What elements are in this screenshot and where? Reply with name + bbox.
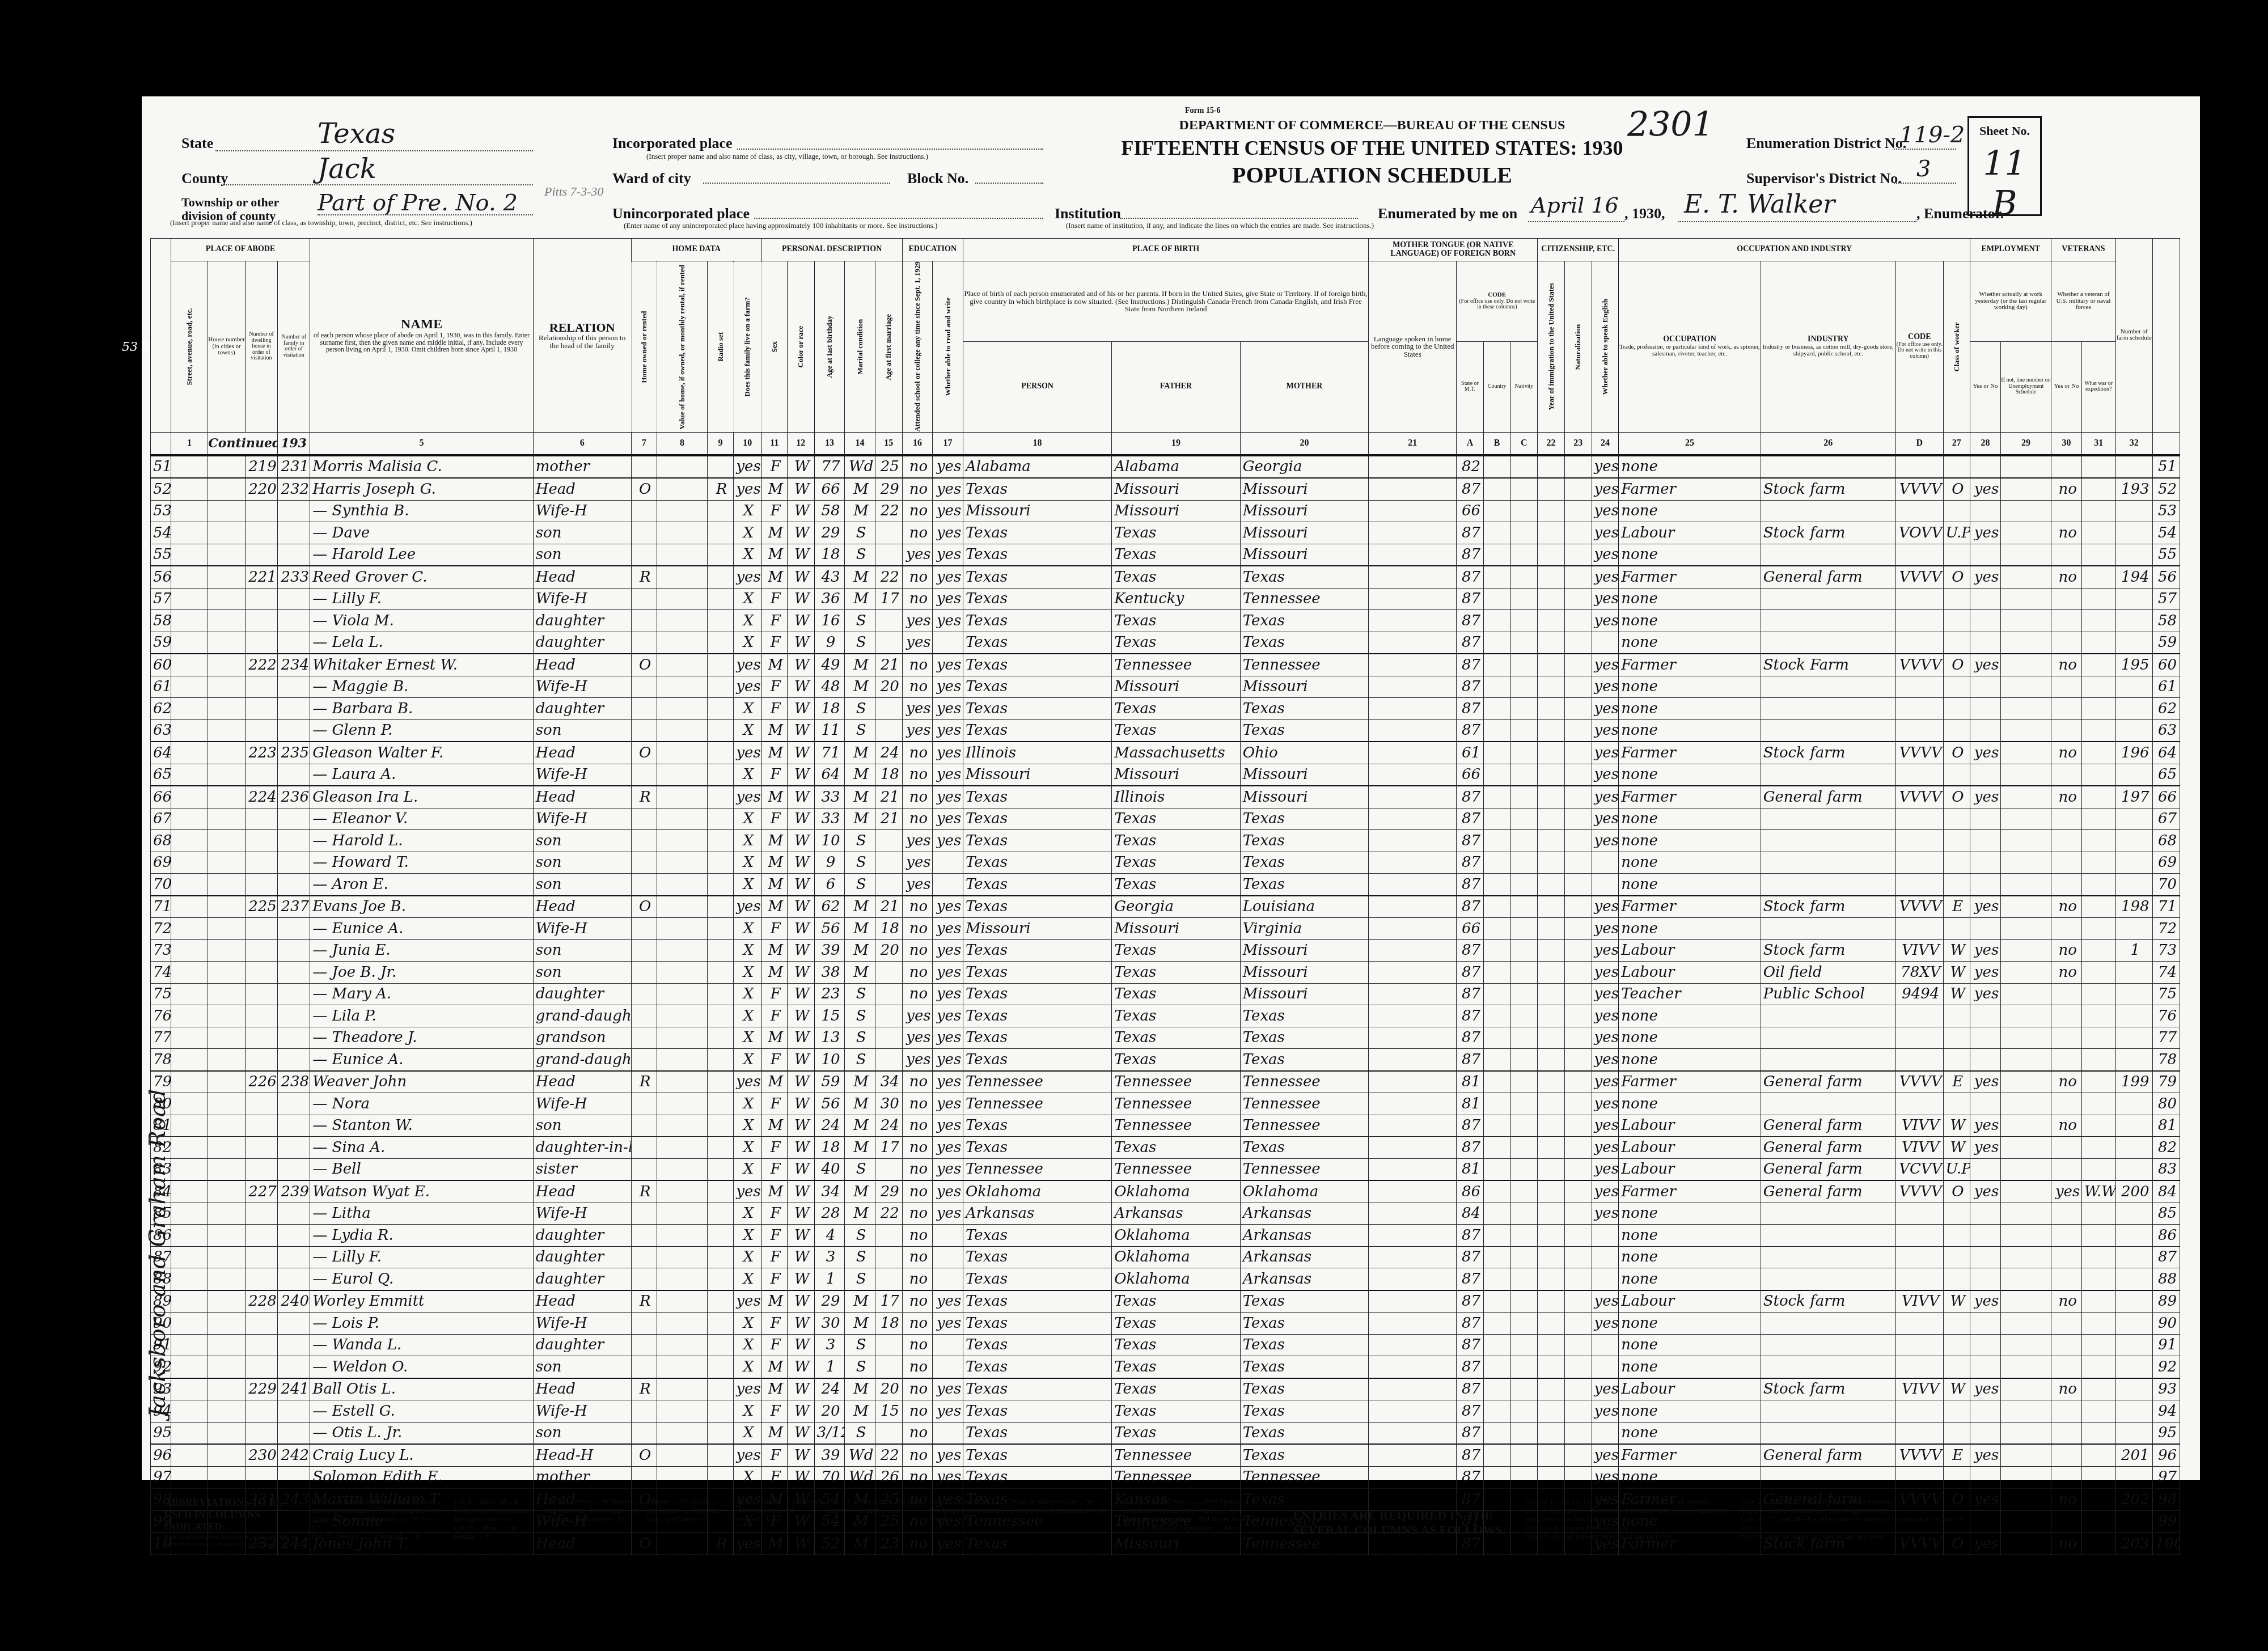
family-cell[interactable] [278, 500, 310, 522]
street-cell[interactable] [171, 1005, 208, 1027]
occupation-cell[interactable]: none [1619, 1225, 1761, 1247]
family-cell[interactable] [278, 1356, 310, 1378]
read-write-cell[interactable]: yes [933, 1027, 963, 1049]
dwelling-cell[interactable] [245, 522, 277, 544]
code-c-cell[interactable] [1510, 1115, 1538, 1137]
code-b-cell[interactable] [1483, 764, 1510, 786]
school-cell[interactable]: yes [902, 830, 933, 852]
sex-cell[interactable]: M [761, 544, 787, 566]
school-cell[interactable]: yes [902, 719, 933, 742]
family-cell[interactable] [278, 1093, 310, 1115]
dwelling-cell[interactable] [245, 1246, 277, 1268]
code-b-cell[interactable] [1483, 455, 1510, 479]
race-cell[interactable]: W [787, 764, 814, 786]
name-cell[interactable]: — Lilly F. [310, 1246, 533, 1268]
birthplace-person-cell[interactable]: Texas [963, 1137, 1111, 1159]
war-cell[interactable] [2081, 1115, 2115, 1137]
marital-cell[interactable]: Wd [845, 1466, 875, 1488]
farm-cell[interactable]: X [733, 1356, 761, 1378]
class-worker-cell[interactable] [1943, 1400, 1970, 1423]
farm-schedule-cell[interactable] [2115, 1137, 2153, 1159]
naturalization-cell[interactable] [1564, 1444, 1592, 1466]
home-value-cell[interactable] [657, 1422, 707, 1444]
home-owned-cell[interactable] [631, 1137, 657, 1159]
immigration-cell[interactable] [1538, 654, 1565, 676]
family-cell[interactable]: 234 [278, 654, 310, 676]
dwelling-cell[interactable] [245, 1049, 277, 1071]
code-c-cell[interactable] [1510, 983, 1538, 1005]
unemployment-line-cell[interactable] [2000, 1203, 2051, 1225]
race-cell[interactable]: W [787, 632, 814, 654]
race-cell[interactable]: W [787, 983, 814, 1005]
school-cell[interactable]: no [902, 1290, 933, 1313]
birthplace-mother-cell[interactable]: Virginia [1240, 918, 1369, 940]
veteran-cell[interactable] [2051, 1334, 2082, 1356]
birthplace-mother-cell[interactable]: Texas [1240, 830, 1369, 852]
class-worker-cell[interactable]: E [1943, 896, 1970, 918]
street-cell[interactable] [171, 962, 208, 984]
code-c-cell[interactable] [1510, 1158, 1538, 1180]
age-cell[interactable]: 3 [814, 1246, 845, 1268]
class-worker-cell[interactable] [1943, 1246, 1970, 1268]
street-cell[interactable] [171, 808, 208, 830]
house-number-cell[interactable] [208, 1203, 246, 1225]
family-cell[interactable] [278, 1466, 310, 1488]
street-cell[interactable] [171, 588, 208, 610]
home-owned-cell[interactable] [631, 983, 657, 1005]
occupation-cell[interactable]: Labour [1619, 1115, 1761, 1137]
age-cell[interactable]: 56 [814, 1093, 845, 1115]
line-number-left[interactable]: 95 [151, 1422, 171, 1444]
language-cell[interactable] [1369, 632, 1457, 654]
industry-cell[interactable] [1761, 698, 1895, 720]
code-c-cell[interactable] [1510, 1180, 1538, 1203]
line-number-right[interactable]: 71 [2153, 896, 2180, 918]
speak-english-cell[interactable]: yes [1592, 500, 1619, 522]
home-value-cell[interactable] [657, 764, 707, 786]
birthplace-person-cell[interactable]: Texas [963, 1378, 1111, 1400]
line-number-right[interactable]: 88 [2153, 1268, 2180, 1290]
code-c-cell[interactable] [1510, 874, 1538, 896]
industry-cell[interactable] [1761, 610, 1895, 632]
dwelling-cell[interactable] [245, 1422, 277, 1444]
war-cell[interactable] [2081, 1027, 2115, 1049]
naturalization-cell[interactable] [1564, 654, 1592, 676]
immigration-cell[interactable] [1538, 1313, 1565, 1335]
read-write-cell[interactable]: yes [933, 786, 963, 808]
code-d-cell[interactable]: 9494 [1896, 983, 1943, 1005]
race-cell[interactable]: W [787, 830, 814, 852]
school-cell[interactable]: no [902, 983, 933, 1005]
speak-english-cell[interactable]: yes [1592, 1180, 1619, 1203]
race-cell[interactable]: W [787, 1115, 814, 1137]
farm-schedule-cell[interactable] [2115, 874, 2153, 896]
class-worker-cell[interactable] [1943, 676, 1970, 698]
marital-cell[interactable]: M [845, 1203, 875, 1225]
farm-cell[interactable]: yes [733, 566, 761, 588]
immigration-cell[interactable] [1538, 455, 1565, 479]
marital-cell[interactable]: M [845, 786, 875, 808]
occupation-cell[interactable]: none [1619, 852, 1761, 874]
industry-cell[interactable] [1761, 918, 1895, 940]
code-c-cell[interactable] [1510, 1313, 1538, 1335]
school-cell[interactable]: no [902, 1334, 933, 1356]
speak-english-cell[interactable] [1592, 1246, 1619, 1268]
birthplace-mother-cell[interactable]: Texas [1240, 1400, 1369, 1423]
school-cell[interactable]: no [902, 1093, 933, 1115]
birthplace-mother-cell[interactable]: Arkansas [1240, 1268, 1369, 1290]
code-c-cell[interactable] [1510, 896, 1538, 918]
age-cell[interactable]: 71 [814, 742, 845, 764]
birthplace-person-cell[interactable]: Texas [963, 830, 1111, 852]
birthplace-person-cell[interactable]: Texas [963, 874, 1111, 896]
home-owned-cell[interactable] [631, 1313, 657, 1335]
farm-cell[interactable]: X [733, 830, 761, 852]
house-number-cell[interactable] [208, 918, 246, 940]
veteran-cell[interactable] [2051, 1005, 2082, 1027]
occupation-cell[interactable]: none [1619, 719, 1761, 742]
code-a-cell[interactable]: 87 [1457, 1049, 1484, 1071]
family-cell[interactable] [278, 918, 310, 940]
dwelling-cell[interactable] [245, 719, 277, 742]
birthplace-mother-cell[interactable]: Texas [1240, 852, 1369, 874]
home-value-cell[interactable] [657, 1225, 707, 1247]
birthplace-person-cell[interactable]: Arkansas [963, 1203, 1111, 1225]
age-cell[interactable]: 29 [814, 1290, 845, 1313]
street-cell[interactable] [171, 742, 208, 764]
speak-english-cell[interactable]: yes [1592, 1378, 1619, 1400]
name-cell[interactable]: — Synthia B. [310, 500, 533, 522]
veteran-cell[interactable] [2051, 544, 2082, 566]
birthplace-mother-cell[interactable]: Tennessee [1240, 1093, 1369, 1115]
language-cell[interactable] [1369, 1268, 1457, 1290]
unemployment-line-cell[interactable] [2000, 852, 2051, 874]
naturalization-cell[interactable] [1564, 874, 1592, 896]
code-a-cell[interactable]: 87 [1457, 1356, 1484, 1378]
industry-cell[interactable]: General farm [1761, 1180, 1895, 1203]
veteran-cell[interactable] [2051, 1444, 2082, 1466]
unemployment-line-cell[interactable] [2000, 610, 2051, 632]
relation-cell[interactable]: Head [533, 1378, 631, 1400]
marital-cell[interactable]: M [845, 676, 875, 698]
occupation-cell[interactable]: none [1619, 500, 1761, 522]
home-owned-cell[interactable] [631, 918, 657, 940]
birthplace-person-cell[interactable]: Texas [963, 610, 1111, 632]
war-cell[interactable] [2081, 1005, 2115, 1027]
at-work-cell[interactable] [1970, 719, 2001, 742]
code-c-cell[interactable] [1510, 1378, 1538, 1400]
dwelling-cell[interactable]: 226 [245, 1071, 277, 1093]
speak-english-cell[interactable]: yes [1592, 588, 1619, 610]
code-a-cell[interactable]: 87 [1457, 1027, 1484, 1049]
veteran-cell[interactable]: yes [2051, 1180, 2082, 1203]
language-cell[interactable] [1369, 566, 1457, 588]
home-owned-cell[interactable]: R [631, 1180, 657, 1203]
language-cell[interactable] [1369, 1158, 1457, 1180]
code-a-cell[interactable]: 81 [1457, 1093, 1484, 1115]
school-cell[interactable]: no [902, 1246, 933, 1268]
line-number-left[interactable]: 74 [151, 962, 171, 984]
farm-cell[interactable]: yes [733, 654, 761, 676]
naturalization-cell[interactable] [1564, 500, 1592, 522]
race-cell[interactable]: W [787, 1378, 814, 1400]
farm-schedule-cell[interactable] [2115, 1466, 2153, 1488]
school-cell[interactable]: no [902, 654, 933, 676]
speak-english-cell[interactable] [1592, 1422, 1619, 1444]
house-number-cell[interactable] [208, 566, 246, 588]
read-write-cell[interactable]: yes [933, 939, 963, 962]
street-cell[interactable] [171, 1093, 208, 1115]
age-cell[interactable]: 77 [814, 455, 845, 479]
code-c-cell[interactable] [1510, 588, 1538, 610]
occupation-cell[interactable]: Farmer [1619, 896, 1761, 918]
class-worker-cell[interactable]: U.P. [1943, 522, 1970, 544]
sex-cell[interactable]: F [761, 1137, 787, 1159]
at-work-cell[interactable] [1970, 808, 2001, 830]
war-cell[interactable] [2081, 1268, 2115, 1290]
sex-cell[interactable]: F [761, 1049, 787, 1071]
veteran-cell[interactable]: no [2051, 786, 2082, 808]
dwelling-cell[interactable] [245, 1334, 277, 1356]
line-number-left[interactable]: 82 [151, 1137, 171, 1159]
code-b-cell[interactable] [1483, 522, 1510, 544]
birthplace-mother-cell[interactable]: Texas [1240, 719, 1369, 742]
relation-cell[interactable]: Head [533, 1180, 631, 1203]
age-marriage-cell[interactable]: 24 [875, 1115, 902, 1137]
code-b-cell[interactable] [1483, 1313, 1510, 1335]
code-a-cell[interactable]: 87 [1457, 1400, 1484, 1423]
speak-english-cell[interactable]: yes [1592, 1115, 1619, 1137]
at-work-cell[interactable] [1970, 698, 2001, 720]
birthplace-person-cell[interactable]: Texas [963, 786, 1111, 808]
farm-schedule-cell[interactable] [2115, 1225, 2153, 1247]
language-cell[interactable] [1369, 918, 1457, 940]
marital-cell[interactable]: S [845, 852, 875, 874]
at-work-cell[interactable]: yes [1970, 1378, 2001, 1400]
family-cell[interactable]: 240 [278, 1290, 310, 1313]
family-cell[interactable] [278, 1400, 310, 1423]
school-cell[interactable]: no [902, 1466, 933, 1488]
read-write-cell[interactable] [933, 1356, 963, 1378]
school-cell[interactable]: no [902, 588, 933, 610]
read-write-cell[interactable] [933, 874, 963, 896]
birthplace-father-cell[interactable]: Tennessee [1112, 1158, 1241, 1180]
age-cell[interactable]: 33 [814, 786, 845, 808]
age-marriage-cell[interactable]: 18 [875, 764, 902, 786]
read-write-cell[interactable]: yes [933, 1444, 963, 1466]
age-marriage-cell[interactable]: 25 [875, 455, 902, 479]
sex-cell[interactable]: M [761, 566, 787, 588]
home-owned-cell[interactable]: O [631, 742, 657, 764]
code-c-cell[interactable] [1510, 1071, 1538, 1093]
unemployment-line-cell[interactable] [2000, 1225, 2051, 1247]
unemployment-line-cell[interactable] [2000, 719, 2051, 742]
veteran-cell[interactable] [2051, 1137, 2082, 1159]
radio-cell[interactable] [708, 896, 733, 918]
house-number-cell[interactable] [208, 1290, 246, 1313]
immigration-cell[interactable] [1538, 830, 1565, 852]
farm-cell[interactable]: yes [733, 1444, 761, 1466]
unemployment-line-cell[interactable] [2000, 1158, 2051, 1180]
naturalization-cell[interactable] [1564, 1290, 1592, 1313]
age-cell[interactable]: 66 [814, 478, 845, 500]
dwelling-cell[interactable] [245, 698, 277, 720]
street-cell[interactable] [171, 1334, 208, 1356]
line-number-left[interactable]: 79 [151, 1071, 171, 1093]
at-work-cell[interactable] [1970, 1225, 2001, 1247]
farm-schedule-cell[interactable] [2115, 1093, 2153, 1115]
birthplace-person-cell[interactable]: Texas [963, 962, 1111, 984]
sex-cell[interactable]: F [761, 1246, 787, 1268]
name-cell[interactable]: — Sina A. [310, 1137, 533, 1159]
at-work-cell[interactable] [1970, 1049, 2001, 1071]
sex-cell[interactable]: F [761, 1400, 787, 1423]
age-marriage-cell[interactable] [875, 830, 902, 852]
street-cell[interactable] [171, 1180, 208, 1203]
line-number-right[interactable]: 63 [2153, 719, 2180, 742]
veteran-cell[interactable] [2051, 500, 2082, 522]
line-number-left[interactable]: 67 [151, 808, 171, 830]
code-b-cell[interactable] [1483, 698, 1510, 720]
line-number-left[interactable]: 87 [151, 1246, 171, 1268]
birthplace-person-cell[interactable]: Texas [963, 1246, 1111, 1268]
school-cell[interactable]: no [902, 500, 933, 522]
sex-cell[interactable]: F [761, 1005, 787, 1027]
code-c-cell[interactable] [1510, 676, 1538, 698]
birthplace-mother-cell[interactable]: Texas [1240, 1005, 1369, 1027]
line-number-right[interactable]: 80 [2153, 1093, 2180, 1115]
relation-cell[interactable]: Wife-H [533, 1093, 631, 1115]
marital-cell[interactable]: S [845, 544, 875, 566]
relation-cell[interactable]: daughter [533, 1225, 631, 1247]
street-cell[interactable] [171, 1378, 208, 1400]
immigration-cell[interactable] [1538, 522, 1565, 544]
unemployment-line-cell[interactable] [2000, 1334, 2051, 1356]
veteran-cell[interactable] [2051, 1225, 2082, 1247]
code-d-cell[interactable] [1896, 1225, 1943, 1247]
radio-cell[interactable] [708, 1334, 733, 1356]
home-value-cell[interactable] [657, 1400, 707, 1423]
birthplace-father-cell[interactable]: Tennessee [1112, 1071, 1241, 1093]
language-cell[interactable] [1369, 852, 1457, 874]
speak-english-cell[interactable]: yes [1592, 544, 1619, 566]
birthplace-person-cell[interactable]: Texas [963, 1356, 1111, 1378]
class-worker-cell[interactable] [1943, 830, 1970, 852]
line-number-right[interactable]: 54 [2153, 522, 2180, 544]
naturalization-cell[interactable] [1564, 852, 1592, 874]
age-marriage-cell[interactable]: 18 [875, 1313, 902, 1335]
read-write-cell[interactable] [933, 632, 963, 654]
war-cell[interactable] [2081, 566, 2115, 588]
sex-cell[interactable]: F [761, 1313, 787, 1335]
naturalization-cell[interactable] [1564, 962, 1592, 984]
speak-english-cell[interactable]: yes [1592, 676, 1619, 698]
farm-schedule-cell[interactable] [2115, 1158, 2153, 1180]
veteran-cell[interactable] [2051, 1466, 2082, 1488]
home-value-cell[interactable] [657, 719, 707, 742]
line-number-right[interactable]: 82 [2153, 1137, 2180, 1159]
read-write-cell[interactable]: yes [933, 676, 963, 698]
code-a-cell[interactable]: 87 [1457, 1115, 1484, 1137]
war-cell[interactable] [2081, 1049, 2115, 1071]
home-owned-cell[interactable] [631, 719, 657, 742]
code-d-cell[interactable]: VVVV [1896, 1071, 1943, 1093]
marital-cell[interactable]: M [845, 1093, 875, 1115]
read-write-cell[interactable] [933, 1334, 963, 1356]
immigration-cell[interactable] [1538, 1005, 1565, 1027]
speak-english-cell[interactable]: yes [1592, 719, 1619, 742]
marital-cell[interactable]: S [845, 719, 875, 742]
code-d-cell[interactable]: VVVV [1896, 742, 1943, 764]
code-c-cell[interactable] [1510, 1422, 1538, 1444]
read-write-cell[interactable] [933, 1422, 963, 1444]
naturalization-cell[interactable] [1564, 830, 1592, 852]
language-cell[interactable] [1369, 1225, 1457, 1247]
sex-cell[interactable]: M [761, 830, 787, 852]
at-work-cell[interactable]: yes [1970, 983, 2001, 1005]
code-a-cell[interactable]: 87 [1457, 1466, 1484, 1488]
unemployment-line-cell[interactable] [2000, 786, 2051, 808]
line-number-left[interactable]: 73 [151, 939, 171, 962]
veteran-cell[interactable] [2051, 852, 2082, 874]
street-cell[interactable] [171, 1356, 208, 1378]
home-value-cell[interactable] [657, 1290, 707, 1313]
code-b-cell[interactable] [1483, 1268, 1510, 1290]
birthplace-person-cell[interactable]: Texas [963, 544, 1111, 566]
farm-cell[interactable]: X [733, 1093, 761, 1115]
dwelling-cell[interactable]: 227 [245, 1180, 277, 1203]
code-b-cell[interactable] [1483, 478, 1510, 500]
house-number-cell[interactable] [208, 1180, 246, 1203]
code-c-cell[interactable] [1510, 1444, 1538, 1466]
immigration-cell[interactable] [1538, 764, 1565, 786]
house-number-cell[interactable] [208, 1356, 246, 1378]
birthplace-mother-cell[interactable]: Louisiana [1240, 896, 1369, 918]
line-number-left[interactable]: 63 [151, 719, 171, 742]
dwelling-cell[interactable]: 223 [245, 742, 277, 764]
war-cell[interactable] [2081, 1313, 2115, 1335]
birthplace-person-cell[interactable]: Missouri [963, 500, 1111, 522]
birthplace-mother-cell[interactable]: Tennessee [1240, 1466, 1369, 1488]
language-cell[interactable] [1369, 455, 1457, 479]
class-worker-cell[interactable]: W [1943, 1115, 1970, 1137]
age-cell[interactable]: 18 [814, 698, 845, 720]
marital-cell[interactable]: M [845, 1180, 875, 1203]
birthplace-mother-cell[interactable]: Missouri [1240, 478, 1369, 500]
class-worker-cell[interactable]: O [1943, 1180, 1970, 1203]
house-number-cell[interactable] [208, 1049, 246, 1071]
street-cell[interactable] [171, 566, 208, 588]
war-cell[interactable] [2081, 852, 2115, 874]
school-cell[interactable]: yes [902, 852, 933, 874]
family-cell[interactable] [278, 1137, 310, 1159]
radio-cell[interactable] [708, 1071, 733, 1093]
code-b-cell[interactable] [1483, 983, 1510, 1005]
family-cell[interactable] [278, 1027, 310, 1049]
at-work-cell[interactable]: yes [1970, 1290, 2001, 1313]
industry-cell[interactable] [1761, 1313, 1895, 1335]
code-a-cell[interactable]: 87 [1457, 983, 1484, 1005]
naturalization-cell[interactable] [1564, 478, 1592, 500]
line-number-right[interactable]: 62 [2153, 698, 2180, 720]
home-value-cell[interactable] [657, 455, 707, 479]
family-cell[interactable] [278, 610, 310, 632]
birthplace-father-cell[interactable]: Texas [1112, 962, 1241, 984]
language-cell[interactable] [1369, 1246, 1457, 1268]
speak-english-cell[interactable]: yes [1592, 786, 1619, 808]
birthplace-person-cell[interactable]: Texas [963, 1027, 1111, 1049]
name-cell[interactable]: — Harold L. [310, 830, 533, 852]
